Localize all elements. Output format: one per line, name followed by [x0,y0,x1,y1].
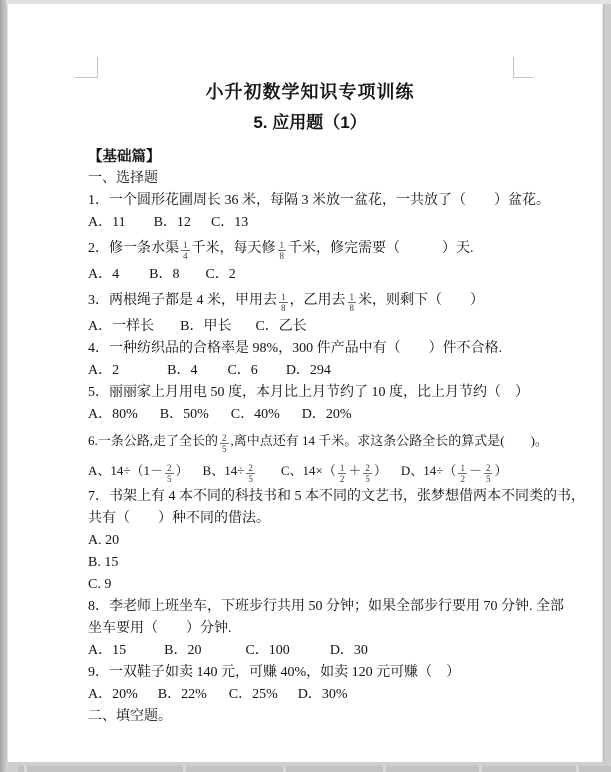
text-segment: B．22% [158,687,207,702]
text-segment: D．30% [298,687,348,702]
text-segment: B．4 [167,363,197,378]
option-gap [119,277,149,278]
text-segment: C. 9 [88,577,111,592]
option-gap [119,373,167,374]
option-gap [257,474,281,475]
text-segment: C．100 [245,643,289,658]
text-segment: ） [374,463,387,478]
column-separator-tick [479,766,482,772]
text-segment: ,离中点还有 14 千米。求这条公路全长的算式是( )。 [231,433,548,448]
text-segment: 5．丽丽家上月用电 50 度，本月比上月节约了 10 度，比上月节约（ ） [88,385,529,400]
crop-mark-top-right [513,57,533,78]
option-gap [258,373,286,374]
next-content-top-edge [18,766,611,772]
text-segment: A．11 [88,215,126,230]
section-heading-basics: 【基础篇】 [88,146,532,168]
fraction: 18 [278,240,287,261]
text-segment: A、14÷（1－ [88,463,163,478]
text-segment: 【基础篇】 [88,149,161,165]
text-segment: A．4 [88,267,119,282]
question-1-options: A．11B．12C．13 [88,212,532,234]
question-8-line-1: 8．李老师上班坐车，下班步行共用 50 分钟；如果全部步行要用 70 分钟. 全… [88,596,532,618]
question-7-option-b: B. 15 [88,552,532,574]
text-segment: A．2 [88,363,119,378]
question-4-options: A．2B．4C．6D．294 [88,360,532,382]
option-gap [197,373,227,374]
text-segment: C．乙长 [255,319,306,334]
part-one-heading: 一、选择题 [88,168,532,190]
text-segment: 坐车要用（ ）分钟. [88,621,232,636]
fraction: 18 [279,292,288,313]
text-segment: 米，则剩下（ ） [358,293,484,308]
text-segment: 4．一种纺织品的合格率是 98%，300 件产品中有（ ）件不合格. [88,341,502,356]
text-segment: ，乙用去 [290,293,346,308]
fraction: 25 [484,463,493,484]
question-7-line-2: 共有（ ）种不同的借法。 [88,508,532,530]
fraction: 25 [246,463,255,484]
text-segment: C．40% [231,407,280,422]
text-segment: C．6 [227,363,257,378]
option-gap [179,277,205,278]
text-segment: A．一样长 [88,319,154,334]
text-segment: D、14÷（ [401,463,457,478]
question-7-option-a: A. 20 [88,530,532,552]
page-gap [6,762,611,772]
fraction: 18 [348,292,357,313]
column-separator-tick [183,766,186,772]
option-gap [201,653,245,654]
text-segment: A．15 [88,643,126,658]
text-segment: C．13 [211,215,248,230]
question-8-line-2: 坐车要用（ ）分钟. [88,618,532,640]
text-segment: 9．一双鞋子如卖 140 元，可赚 40%，如卖 120 元可赚（ ） [88,665,460,680]
question-4: 4．一种纺织品的合格率是 98%，300 件产品中有（ ）件不合格. [88,338,532,360]
fraction: 14 [181,240,190,261]
text-segment: D．30 [330,643,368,658]
option-gap [126,225,154,226]
text-segment: 1．一个圆形花圃周长 36 米，每隔 3 米放一盆花，一共放了（ ）盆花。 [88,193,550,208]
text-segment: C、14×（ [281,463,336,478]
text-segment: A．20% [88,687,138,702]
text-segment: B、14÷ [203,463,245,478]
text-segment: ＋ [348,463,361,478]
option-gap [207,697,229,698]
text-segment: C．25% [229,687,278,702]
doc-subtitle: 5. 应用题（1） [88,113,532,133]
text-segment: 共有（ ）种不同的借法。 [88,511,270,526]
text-segment: B．50% [160,407,209,422]
question-7-line-1: 7．书架上有 4 本不同的科技书和 5 本不同的文艺书，张梦想借两本不同类的书， [88,486,532,508]
question-6-options: A、14÷（1－25）B、14÷25C、14×（12＋25）D、14÷（12－2… [88,456,532,486]
text-segment: 2．修一条水渠 [88,241,179,256]
text-segment: B．8 [149,267,179,282]
question-5-options: A．80%B．50%C．40%D．20% [88,404,532,426]
option-gap [209,417,231,418]
text-segment: 6.一条公路,走了全长的 [88,433,218,448]
document-page[interactable]: 小升初数学知识专项训练 5. 应用题（1） 【基础篇】一、选择题1．一个圆形花圃… [8,4,602,762]
question-7-option-c: C. 9 [88,574,532,596]
document-content: 小升初数学知识专项训练 5. 应用题（1） 【基础篇】一、选择题1．一个圆形花圃… [8,4,602,762]
text-segment: D．20% [302,407,352,422]
text-segment: A. 20 [88,533,119,548]
question-5: 5．丽丽家上月用电 50 度，本月比上月节约了 10 度，比上月节约（ ） [88,382,532,404]
text-segment: B．甲长 [180,319,231,334]
fraction: 25 [363,463,372,484]
column-separator-tick [24,766,27,772]
text-segment: C．2 [205,267,235,282]
option-gap [154,329,180,330]
text-segment: D．294 [286,363,331,378]
option-gap [278,697,298,698]
text-segment: 7．书架上有 4 本不同的科技书和 5 本不同的文艺书，张梦想借两本不同类的书， [88,489,585,504]
text-segment: 8．李老师上班坐车，下班步行共用 50 分钟；如果全部步行要用 70 分钟. 全… [88,599,564,614]
fraction: 12 [338,463,347,484]
option-gap [191,225,211,226]
option-gap [231,329,255,330]
question-2-options: A．4B．8C．2 [88,264,532,286]
option-gap [290,653,330,654]
crop-mark-top-left [75,57,98,78]
question-3-options: A．一样长B．甲长C．乙长 [88,316,532,338]
option-gap [387,474,401,475]
question-3: 3．两根绳子都是 4 米，甲用去18，乙用去18米，则剩下（ ） [88,286,532,316]
question-9: 9．一双鞋子如卖 140 元，可赚 40%，如卖 120 元可赚（ ） [88,662,532,684]
text-segment: 一、选择题 [88,171,158,186]
question-2: 2．修一条水渠14千米，每天修18千米，修完需要（ ）天. [88,234,532,264]
application-canvas: 小升初数学知识专项训练 5. 应用题（1） 【基础篇】一、选择题1．一个圆形花圃… [0,0,611,772]
column-separator-tick [383,766,386,772]
fraction: 25 [165,463,174,484]
option-gap [189,474,203,475]
question-1: 1．一个圆形花圃周长 36 米，每隔 3 米放一盆花，一共放了（ ）盆花。 [88,190,532,212]
text-segment: 3．两根绳子都是 4 米，甲用去 [88,293,277,308]
option-gap [280,417,302,418]
text-segment: ） [176,463,189,478]
document-lines: 【基础篇】一、选择题1．一个圆形花圃周长 36 米，每隔 3 米放一盆花，一共放… [88,146,532,728]
fraction: 12 [458,463,467,484]
doc-title: 小升初数学知识专项训练 [88,4,532,102]
option-gap [138,697,158,698]
text-segment: B. 15 [88,555,118,570]
question-9-options: A．20%B．22%C．25%D．30% [88,684,532,706]
column-separator-tick [576,766,579,772]
text-segment: B．20 [164,643,201,658]
question-6: 6.一条公路,走了全长的25,离中点还有 14 千米。求这条公路全长的算式是( … [88,426,532,456]
text-segment: A．80% [88,407,138,422]
option-gap [126,653,164,654]
text-segment: － [469,463,482,478]
text-segment: ） [494,463,507,478]
text-segment: 千米，修完需要（ ）天. [288,241,474,256]
text-segment: 千米，每天修 [192,241,276,256]
part-two-heading: 二、填空题。 [88,706,532,728]
question-8-options: A．15B．20C．100D．30 [88,640,532,662]
option-gap [138,417,160,418]
text-segment: B．12 [154,215,191,230]
fraction: 25 [220,433,229,454]
text-segment: 二、填空题。 [88,709,172,724]
column-separator-tick [283,766,286,772]
